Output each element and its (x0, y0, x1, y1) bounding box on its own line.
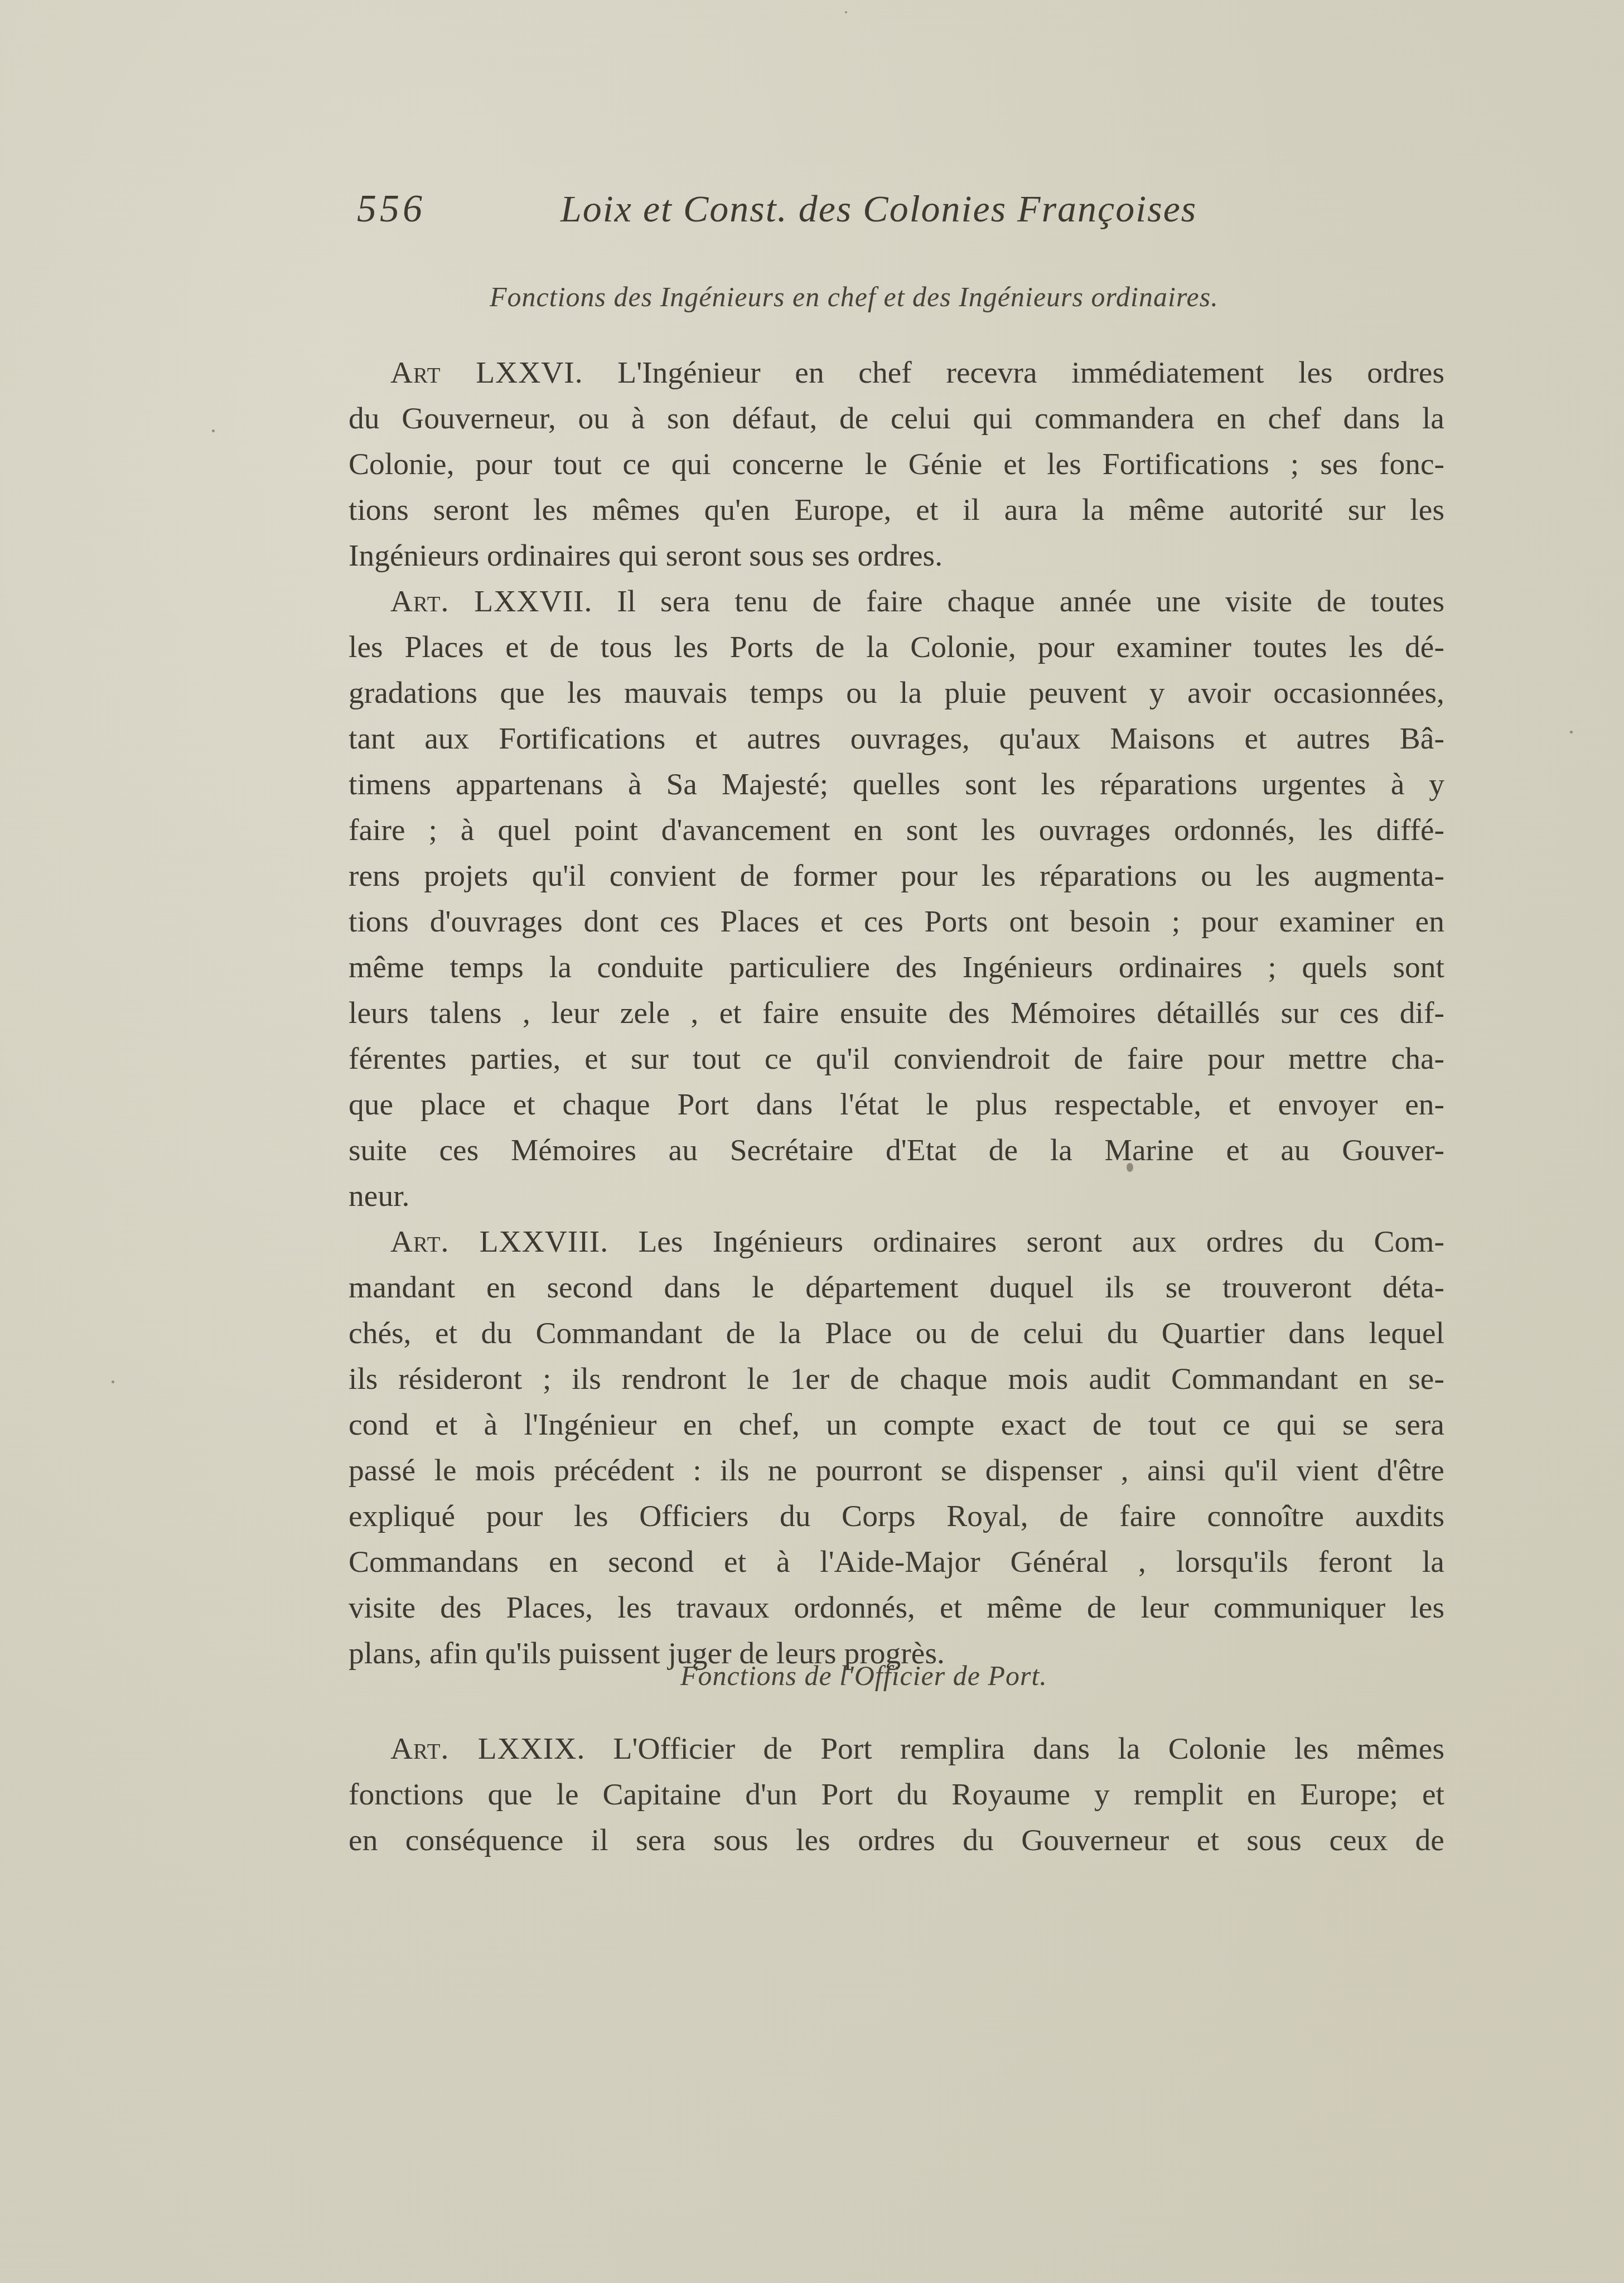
paper-speck (845, 11, 847, 13)
text-line: rens projets qu'il convient de former po… (349, 853, 1444, 899)
text-line: fonctions que le Capitaine d'un Port du … (349, 1772, 1444, 1818)
scanned-page: 556 Loix et Const. des Colonies François… (0, 0, 1624, 2283)
section-heading-ingenieurs: Fonctions des Ingénieurs en chef et des … (490, 281, 1219, 313)
article-label: Art LXXVI. (390, 356, 583, 390)
running-head: 556 Loix et Const. des Colonies François… (357, 187, 1249, 248)
section-body-officier-de-port: Art. LXXIX. L'Officier de Port remplira … (349, 1726, 1444, 1864)
text-line: Commandans en second et à l'Aide-Major G… (349, 1539, 1444, 1585)
text-line: faire ; à quel point d'avancement en son… (349, 808, 1444, 853)
text-line: passé le mois précédent : ils ne pourron… (349, 1448, 1444, 1494)
text-line: mandant en second dans le département du… (349, 1265, 1444, 1311)
text-line: suite ces Mémoires au Secrétaire d'Etat … (349, 1128, 1444, 1174)
section-body-ingenieurs: Art LXXVI. L'Ingénieur en chef recevra i… (349, 350, 1444, 1677)
text-line: tions seront les mêmes qu'en Europe, et … (349, 488, 1444, 533)
text-line: visite des Places, les travaux ordonnés,… (349, 1585, 1444, 1631)
text-line: gradations que les mauvais temps ou la p… (349, 670, 1444, 716)
text-line: en conséquence il sera sous les ordres d… (349, 1818, 1444, 1864)
article-label: Art. LXXVII. (390, 585, 592, 619)
text-line: leurs talens , leur zele , et faire ensu… (349, 991, 1444, 1036)
article-lxxviii-line-1: Art. LXXVIII. Les Ingénieurs ordinaires … (349, 1219, 1444, 1265)
paper-speck (112, 1381, 114, 1383)
text-line: tions d'ouvrages dont ces Places et ces … (349, 899, 1444, 945)
article-lxxvii-line-1: Art. LXXVII. Il sera tenu de faire chaqu… (349, 579, 1444, 625)
article-label: Art. LXXIX. (390, 1732, 585, 1766)
text-line: chés, et du Commandant de la Place ou de… (349, 1311, 1444, 1357)
text-line: expliqué pour les Officiers du Corps Roy… (349, 1494, 1444, 1539)
text-line: cond et à l'Ingénieur en chef, un compte… (349, 1402, 1444, 1448)
article-label: Art. LXXVIII. (390, 1225, 608, 1259)
article-lxxvi-line-1: Art LXXVI. L'Ingénieur en chef recevra i… (349, 350, 1444, 396)
text-line: férentes parties, et sur tout ce qu'il c… (349, 1036, 1444, 1082)
paper-speck (1570, 731, 1573, 733)
text-line: timens appartenans à Sa Majesté; quelles… (349, 762, 1444, 808)
article-lxxix-line-1: Art. LXXIX. L'Officier de Port remplira … (349, 1726, 1444, 1772)
text-line: ils résideront ; ils rendront le 1er de … (349, 1357, 1444, 1402)
page-number: 556 (357, 187, 426, 231)
text-line: neur. (349, 1174, 1444, 1219)
text-line: tant aux Fortifications et autres ouvrag… (349, 716, 1444, 762)
running-title: Loix et Const. des Colonies Françoises (560, 187, 1197, 231)
text-line: du Gouverneur, ou à son défaut, de celui… (349, 396, 1444, 442)
section-heading-officier-de-port: Fonctions de l'Officier de Port. (680, 1659, 1047, 1692)
text-line: Ingénieurs ordinaires qui seront sous se… (349, 533, 1444, 579)
text-line: même temps la conduite particuliere des … (349, 945, 1444, 991)
paper-speck (1127, 1163, 1133, 1172)
text-line: que place et chaque Port dans l'état le … (349, 1082, 1444, 1128)
paper-speck (212, 429, 215, 432)
text-line: Colonie, pour tout ce qui concerne le Gé… (349, 442, 1444, 488)
text-line: les Places et de tous les Ports de la Co… (349, 625, 1444, 670)
